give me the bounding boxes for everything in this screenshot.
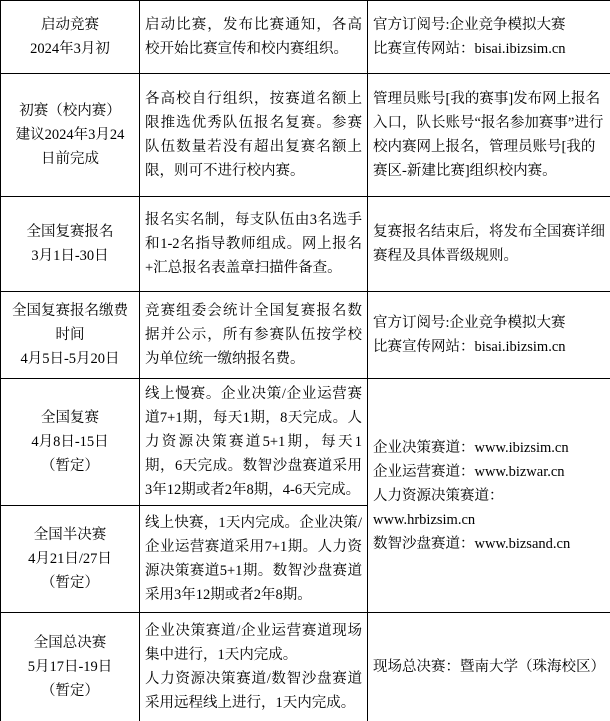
note-cell: 复赛报名结束后，将发布全国赛详细赛程及具体晋级规则。	[368, 197, 610, 292]
schedule-table: 启动竞赛 2024年3月初 启动比赛，发布比赛通知，各高校开始比赛宣传和校内赛组…	[0, 0, 610, 721]
table-row: 启动竞赛 2024年3月初 启动比赛，发布比赛通知，各高校开始比赛宣传和校内赛组…	[1, 1, 610, 74]
table-row: 全国复赛报名缴费 时间 4月5日-5月20日 竞赛组委会统计全国复赛报名数据并公…	[1, 292, 610, 379]
note-cell: 官方订阅号:企业竞争模拟大赛 比赛宣传网站：bisai.ibizsim.cn	[368, 292, 610, 379]
phase-cell: 全国复赛报名 3月1日-30日	[1, 197, 140, 292]
description-cell: 启动比赛，发布比赛通知，各高校开始比赛宣传和校内赛组织。	[140, 1, 368, 74]
phase-cell: 初赛（校内赛） 建议2024年3月24 日前完成	[1, 74, 140, 197]
description-cell: 报名实名制，每支队伍由3名选手和1-2名指导教师组成。网上报名+汇总报名表盖章扫…	[140, 197, 368, 292]
description-cell: 线上慢赛。企业决策/企业运营赛道7+1期，每天1期，8天完成。人力资源决策赛道5…	[140, 379, 368, 506]
note-cell: 管理员账号[我的赛事]发布网上报名入口，队长账号“报名参加赛事”进行校内赛网上报…	[368, 74, 610, 197]
table-row: 全国总决赛 5月17日-19日 （暂定） 企业决策赛道/企业运营赛道现场集中进行…	[1, 613, 610, 721]
description-cell: 线上快赛，1天内完成。企业决策/企业运营赛道采用7+1期。人力资源决策赛道5+1…	[140, 506, 368, 613]
phase-cell: 全国半决赛 4月21日/27日 （暂定）	[1, 506, 140, 613]
description-cell: 企业决策赛道/企业运营赛道现场集中进行，1天内完成。 人力资源决策赛道/数智沙盘…	[140, 613, 368, 721]
note-cell: 现场总决赛：暨南大学（珠海校区）	[368, 613, 610, 721]
note-cell-merged: 企业决策赛道：www.ibizsim.cn 企业运营赛道：www.bizwar.…	[368, 379, 610, 613]
phase-cell: 全国复赛 4月8日-15日 （暂定）	[1, 379, 140, 506]
document-page: 启动竞赛 2024年3月初 启动比赛，发布比赛通知，各高校开始比赛宣传和校内赛组…	[0, 0, 610, 721]
description-cell: 竞赛组委会统计全国复赛报名数据并公示，所有参赛队伍按学校为单位统一缴纳报名费。	[140, 292, 368, 379]
phase-cell: 全国复赛报名缴费 时间 4月5日-5月20日	[1, 292, 140, 379]
phase-cell: 启动竞赛 2024年3月初	[1, 1, 140, 74]
table-row: 全国复赛报名 3月1日-30日 报名实名制，每支队伍由3名选手和1-2名指导教师…	[1, 197, 610, 292]
table-row: 全国复赛 4月8日-15日 （暂定） 线上慢赛。企业决策/企业运营赛道7+1期，…	[1, 379, 610, 506]
phase-cell: 全国总决赛 5月17日-19日 （暂定）	[1, 613, 140, 721]
table-row: 初赛（校内赛） 建议2024年3月24 日前完成 各高校自行组织，按赛道名额上限…	[1, 74, 610, 197]
description-cell: 各高校自行组织，按赛道名额上限推选优秀队伍报名复赛。参赛队伍数量若没有超出复赛名…	[140, 74, 368, 197]
note-cell: 官方订阅号:企业竞争模拟大赛 比赛宣传网站：bisai.ibizsim.cn	[368, 1, 610, 74]
